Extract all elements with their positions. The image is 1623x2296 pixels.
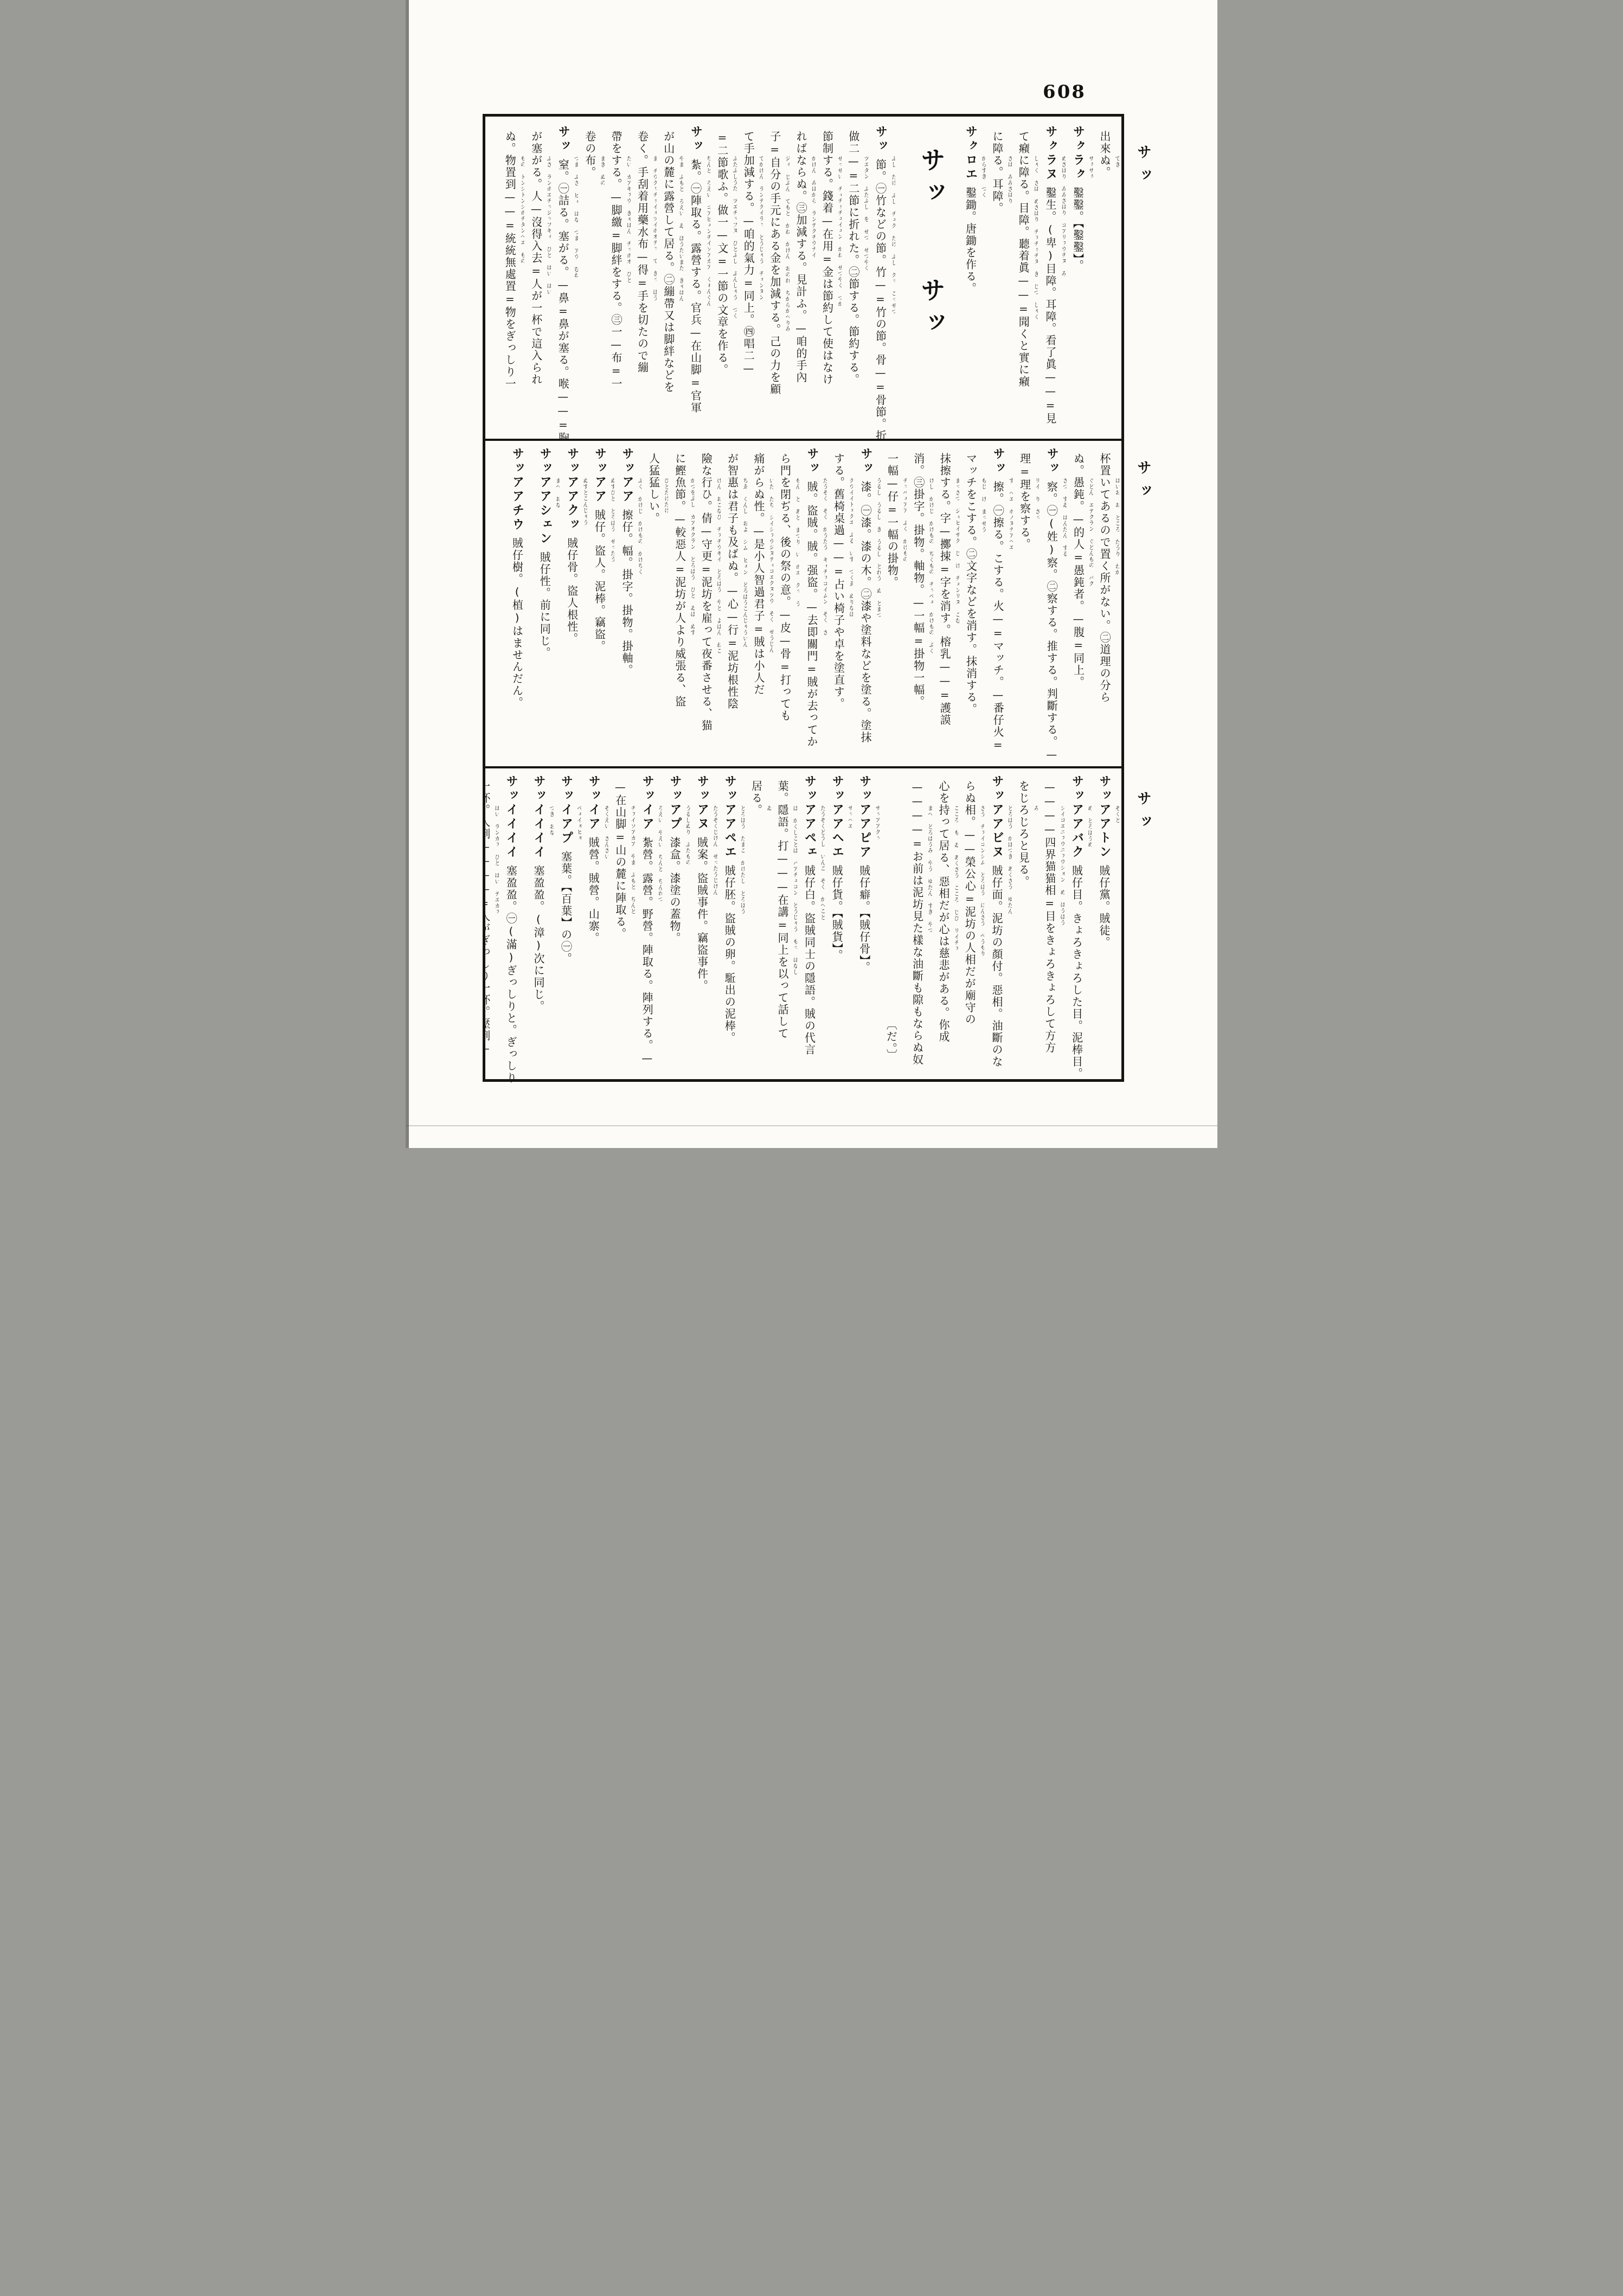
- text-column: 帶をする。—脚繳=脚絆をする。㊂一—布=一たい カアキァウ きゃはん チッポオ …: [610, 125, 622, 433]
- text-column: ればならぬ。㊂加減する。見計ふ。—咱的手內かげん みはから ランテクチウナイ: [795, 125, 807, 433]
- definition-text: 漆。㊀漆。漆の木。㊁漆や塗料などを塗る。塗抹: [859, 481, 872, 743]
- definition-text: マッチをこする。㊁文字などを消す。抹消する。: [965, 453, 978, 715]
- text-column: 〔だ。〕: [885, 775, 897, 1079]
- text-column: 居る。ゐ: [750, 775, 762, 1079]
- margin-tab-satsu-2: サッ: [1132, 460, 1153, 506]
- headword: サッ: [805, 447, 819, 476]
- definition-text: ————四界猫猫相=目をきょろきょろして方方: [1043, 780, 1056, 1054]
- furigana: びとたけだけ: [663, 478, 668, 514]
- definition-text: ぬ。愚鈍。—的人=愚鈍者。—腹=同上。: [1072, 453, 1085, 688]
- definition-text: 賊仔黨。賊徒。: [1098, 865, 1111, 948]
- headword: サッアアヘエ: [830, 775, 844, 860]
- furigana: チァイソアカア やま ふもと ぢんど: [630, 805, 635, 914]
- furigana: せっせい チィチョチェイェン かね せつやく つか: [836, 156, 842, 307]
- furigana: す ヘエ ホノヌナアヘエ: [1008, 478, 1013, 550]
- furigana: もじ け まっせう: [980, 478, 986, 533]
- definition-text: 居る。: [750, 780, 763, 816]
- text-column: ぬ。物置到——=統統無處置=物をぎっしり一もの トンシトンシボチタンヘエ もの: [504, 125, 516, 433]
- definition-text: 人猛猛しい。: [647, 453, 660, 524]
- definition-text: が智惠は君子も及ばぬ。—心—行=泥坊根性陰: [726, 453, 739, 710]
- entry-column: サㇰラヌ鑿生。(卑)目障。耳障。看了眞——=見めざはり みみざはり コアリァウチ…: [1043, 125, 1057, 433]
- headword: サッアアビヌ: [990, 775, 1004, 860]
- entry-column: サッアアペエ賊仔胚。盜賊の卵。駈出の泥棒。どろぼう たまご かけだし どろぼう: [723, 775, 736, 1079]
- text-column: 一幅—仔=一幅の掛物。チッペェアア ぷく かけもの: [886, 447, 898, 761]
- definition-text: 漆盒。漆塗の蓋物。: [668, 837, 681, 944]
- band-top: 出來ぬ。できサㇰラㇰ鑿鑿。【鑿鑿】。サㇰサㇰサㇰラヌ鑿生。(卑)目障。耳障。看了…: [485, 117, 1121, 439]
- furigana: まっさつ ジィヒイサク じ け チェンリヌ ごむ: [954, 478, 959, 624]
- furigana: ぐどん エテクラン ぐどんもの パク: [1088, 478, 1093, 587]
- definition-text: 塞盈盈。㊀(滿)ぎっしりと。ぎっしり: [504, 865, 517, 1084]
- text-column: が山の麓に露營して居る。㊁繃帶又は脚絆などをやま ふもと ろえい ゐ ほうたいま…: [662, 125, 674, 433]
- entry-column: サッアアバク賊仔目。きょろきょろした目。泥棒目。め どろぼうめ: [1070, 775, 1083, 1079]
- furigana: サㇰサㇰ: [1088, 156, 1093, 179]
- text-column: 節制する。錢着—在用=金は節約して使はなけせっせい チィチョチェイェン かね せ…: [821, 125, 833, 433]
- text-column: て癪に障る。目障。聽着眞——=聞くと實に癪しゃく さは めざはり チァチョチヌ …: [1017, 125, 1029, 433]
- furigana: ま チウクヮチョイォヅイポオテッ て きっ ほう: [651, 156, 657, 301]
- furigana: さは みみざはり: [1006, 156, 1012, 204]
- furigana: さう チァイコンシム どろばう にんさう べうもり: [979, 805, 984, 957]
- furigana: ば かくしことば パアチェコン どうじゃう もっ はなし: [792, 805, 797, 975]
- headword: サッイア: [640, 775, 654, 831]
- furigana: もん と あと まつり い ポエ クッ う: [794, 478, 799, 607]
- band-middle: 杯置いてあるので置く所がない。㊁道理の分らはいお お ところ だうり わかぬ。愚…: [485, 439, 1121, 766]
- definition-text: 賊營。賊營。山寨。: [587, 837, 600, 944]
- entry-column: サッ紮。㊀陣取る。露營する。官兵—在山脚=官軍ぢんど ろえい コアピェンチイソア…: [689, 125, 702, 433]
- headword: サッ: [556, 125, 570, 153]
- furigana: リイ り さっ: [1034, 478, 1040, 521]
- definition-text: 鑿鑿。【鑿鑿】。: [1072, 187, 1085, 272]
- entry-column: サㇰラㇰ鑿鑿。【鑿鑿】。サㇰサㇰ: [1071, 125, 1085, 433]
- furigana: つま ふさ ピィ はな つま アウ むね: [573, 156, 578, 278]
- furigana: けん おこなひ チァチウキイ どろばう やと よばん ねこ: [715, 478, 721, 654]
- text-column: 理=理を察する。リイ り さっ: [1018, 447, 1030, 761]
- page-frame: 出來ぬ。できサㇰラㇰ鑿鑿。【鑿鑿】。サㇰサㇰサㇰラヌ鑿生。(卑)目障。耳障。看了…: [483, 114, 1124, 1082]
- furigana: ぞくと: [1114, 805, 1119, 823]
- text-column: らぬ相。——榮公心=泥坊の人相だが廟守のさう チァイコンシム どろばう にんさう…: [964, 775, 976, 1079]
- headword: サㇰラヌ: [1044, 125, 1057, 182]
- text-column: 抹擦する。字—擲捒=字を消す。榕乳——=護謨まっさつ ジィヒイサク じ け チェ…: [939, 447, 951, 761]
- text-column: 葉。隱語。打———在講=同上を以って話してば かくしことば パアチェコン どうじ…: [777, 775, 788, 1079]
- furigana: サッアアクッ: [874, 805, 880, 841]
- headword: サッアアペエ: [723, 775, 736, 860]
- headword: サッ: [689, 125, 702, 153]
- text-column: マッチをこする。㊁文字などを消す。抹消する。もじ け まっせう: [965, 447, 977, 761]
- furigana: クウイイトォクエ ふる いす つくゑ ぬりなほ: [848, 478, 853, 617]
- definition-text: 卷く。手刮着用藥水布—得=手を切たので繃: [636, 131, 649, 374]
- furigana: ぞくえい さんさい: [603, 805, 608, 860]
- definition-text: らぬ相。——榮公心=泥坊の人相だが廟守の: [963, 780, 976, 1025]
- headword: サッ: [1045, 447, 1059, 476]
- text-column: て手加減する。—咱的氣力=同上。㊃唱二—てかげん ランテクイラッ どうじゃう チ…: [742, 125, 754, 433]
- furigana: でき: [1114, 156, 1119, 168]
- text-column: 卷く。手刮着用藥水布—得=手を切たので繃ま チウクヮチョイォヅイポオテッ て き…: [636, 125, 648, 433]
- definition-text: 節。㊀竹などの節。竹—=竹の節。骨—=骨節。折: [874, 159, 887, 439]
- definition-text: 鑿鋤。唐鋤を作る。: [964, 187, 977, 294]
- entry-column: サッアアピア賊仔癖。【賊仔骨】。サッアアクッ: [857, 775, 871, 1079]
- text-column: ら門を閉ぢる、後の祭の意。—皮—骨=打ってももん と あと まつり い ポエ ク…: [779, 447, 791, 761]
- text-column: 一杯。人到————=人がぎっしり一杯。壓到—はい ランカァ ひと はい テエカァ: [485, 775, 490, 1079]
- headword: サッアヌ: [696, 775, 709, 831]
- furigana: うるしぬり ふたもの: [684, 805, 690, 865]
- entry-column: サッイア紮營。露營。野營。陣取る。陣列する。—ろえい やえい ぢんど ぢんれつ: [640, 775, 654, 1079]
- text-column: に障る。耳障。さは みみざはり: [991, 125, 1003, 433]
- headword: サッアア: [593, 447, 606, 504]
- page-number: 608: [1043, 81, 1086, 103]
- definition-text: 一幅—仔=一幅の掛物。: [886, 453, 899, 588]
- headword: サッアアチウ: [511, 447, 524, 532]
- text-column: 卷の布。まき ぬの: [583, 125, 595, 433]
- definition-text: 窒。㊀詰る。塞がる。—鼻=鼻が塞る。喉——=胸: [556, 159, 569, 439]
- entry-column: サッ察。㊀(姓)察。㊁察する。推する。判斷する。—さつ すゐ はんだん する: [1045, 447, 1059, 761]
- definition-text: に障る。耳障。: [991, 131, 1004, 214]
- text-column: ぬ。愚鈍。—的人=愚鈍者。—腹=同上。ぐどん エテクラン ぐどんもの パク: [1072, 447, 1084, 761]
- margin-tab-satsu-3: サッ: [1132, 791, 1153, 837]
- furigana: やま ふもと ろえい ゐ ほうたいまた きゃはん: [678, 156, 683, 302]
- entry-column: サッイイイイ塞盈盈。(漳)次に同じ。つぎ おな: [531, 775, 545, 1079]
- headword: サッアア: [620, 447, 634, 504]
- definition-text: ればならぬ。㊂加減する。見計ふ。—咱的手內: [794, 131, 807, 383]
- furigana: たい カアキァウ きゃはん チッポオ ひと: [625, 156, 631, 283]
- definition-text: 帶をする。—脚繳=脚絆をする。㊂一—布=一: [610, 131, 623, 390]
- definition-text: 賊。盜賊。賊。强盜。—去即關門=賊が去ってか: [805, 481, 818, 748]
- definition-text: 賊仔。盜人。泥棒。竊盜。: [593, 509, 606, 652]
- furigana: ぬすびと どろばう せったう: [609, 478, 614, 562]
- definition-text: 擦仔。幅。掛字。掛物。掛軸。: [620, 509, 633, 676]
- entry-column: サッアヌ賊案。盜賊事件。竊盜事件。たうぞくじけん せったうじけん: [695, 775, 709, 1079]
- definition-text: ぬ。物置到——=統統無處置=物をぎっしり一: [503, 131, 516, 390]
- definition-text: 消。㊂掛字。掛物。軸物。—一幅=掛物一幅。: [912, 453, 925, 708]
- headword: サッイイイイ: [532, 775, 546, 860]
- definition-text: 賊仔樹。(植)はませんだん。: [511, 537, 524, 709]
- headword: サッ: [991, 447, 1005, 476]
- definition-text: 痛がらぬ性。—是小人智過君子=賊は小人だ: [752, 453, 765, 696]
- furigana: ろえい やえい ぢんど ぢんれつ: [657, 805, 662, 902]
- definition-text: 塞葉。【百葉】の㊀。: [560, 851, 573, 965]
- definition-text: 抹擦する。字—擲捒=字を消す。榕乳——=護謨: [938, 453, 951, 726]
- definition-text: 賊案。盜賊事件。竊盜事件。: [696, 837, 709, 992]
- entry-column: サッイア賊營。賊營。山寨。ぞくえい さんさい: [587, 775, 600, 1079]
- entry-column: サッアアトン賊仔黨。賊徒。ぞくと: [1097, 775, 1111, 1079]
- definition-text: 塞盈盈。(漳)次に同じ。: [532, 865, 545, 1012]
- text-column: をじろじろと見る。み: [1017, 775, 1029, 1079]
- headword: サッアアピア: [858, 775, 871, 860]
- furigana: ふく かけじ かけもの かけぢく: [637, 478, 642, 575]
- furigana: シイコエニァウニァウシォン め はうばう: [1059, 805, 1064, 926]
- text-column: が塞がる。人—沒得入去=人が一杯で這入られふさ ランボエチッジップキィ ひと は…: [530, 125, 542, 433]
- definition-text: が山の麓に露營して居る。㊁繃帶又は脚絆などを: [662, 131, 675, 393]
- definition-text: 賊仔目。きょろきょろした目。泥棒目。: [1070, 865, 1083, 1080]
- furigana: しゃく さは めざはり チァチョチヌ き じつ しゃく: [1032, 156, 1038, 320]
- text-column: する。舊椅桌過——=占い椅子や卓を塗直す。クウイイトォクエ ふる いす つくゑ …: [832, 447, 844, 761]
- furigana: けし かけじ かけもの ぢくもの チッペェ かけもの ぷく: [928, 478, 933, 654]
- entry-column: サッ節。㊀竹などの節。竹—=竹の節。骨—=骨節。折ふし たけ ふし チェク たけ…: [874, 125, 887, 433]
- furigana: ゐ: [766, 805, 771, 811]
- definition-text: する。舊椅桌過——=占い椅子や卓を塗直す。: [832, 453, 845, 710]
- furigana: たうぞくどうし いんご ぞく かへこと: [819, 805, 825, 920]
- furigana: チッペェアア ぷく かけもの: [901, 478, 907, 562]
- furigana: ぢんど ろえい コアピェンチイソアカア くゎんぐん: [705, 156, 710, 306]
- definition-text: 賊仔貨。【賊貨】。: [830, 865, 843, 961]
- definition-text: 紮營。露營。野營。陣取る。陣列する。—: [640, 837, 653, 1066]
- headword: サッ: [859, 447, 873, 476]
- definition-text: 鑿生。(卑)目障。耳障。看了眞——=見: [1044, 187, 1057, 425]
- text-column: 子=自分の手元にある金を加減する。己の力を顧ジィ じぶん てもと かね かげん …: [768, 125, 780, 433]
- furigana: てかげん ランテクイラッ どうじゃう チォンヌン: [758, 156, 763, 300]
- definition-text: をじろじろと見る。: [1017, 780, 1030, 888]
- headword: サッイア: [587, 775, 600, 831]
- furigana: はいお お ところ だうり わか: [1114, 478, 1119, 575]
- entry-column: サッアアペェ賊仔白。盜賊同士の隱語。賊の代言たうぞくどうし いんご ぞく かへこ…: [803, 775, 816, 1079]
- definition-text: 做二—=二節に折れた。㊁節する。節約する。: [847, 131, 860, 386]
- text-column: —在山脚=山の麓に陣取る。チァイソアカア やま ふもと ぢんど: [614, 775, 626, 1079]
- definition-text: 〔だ。〕: [884, 1019, 897, 1061]
- definition-text: 節制する。錢着—在用=金は節約して使はなけ: [820, 131, 833, 386]
- furigana: はい ランカァ ひと はい テエカァ: [493, 805, 499, 915]
- definition-text: が塞がる。人—沒得入去=人が一杯で這入られ: [530, 131, 543, 386]
- definition-text: 賊仔面。泥坊の顏付。惡相。油斷のな: [990, 865, 1003, 1068]
- definition-text: 賊仔癖。【賊仔骨】。: [858, 865, 871, 973]
- text-column: ————=お前は泥坊見た樣な油斷も隙もならぬ奴まへ どろばうみ やう ゆだん す…: [911, 775, 923, 1079]
- furigana: ふし たけ ふし チェク たけ ふし クッ こっせつ: [890, 156, 895, 315]
- definition-text: 紮。㊀陣取る。露營する。官兵—在山脚=官軍: [689, 159, 702, 414]
- furigana: ちゑ くんし およ シム ヒェン どろばうこんじゃういん: [742, 478, 747, 647]
- definition-text: 擦。㊀擦る。こする。火—=マッチ。—番仔火=: [991, 481, 1004, 752]
- headword: サッアアバク: [1070, 775, 1083, 860]
- furigana: たうぞく ぞく がうたう キィチァコイムン ぞく さ: [822, 478, 827, 636]
- text-column: 消。㊂掛字。掛物。軸物。—一幅=掛物一幅。けし かけじ かけもの ぢくもの チッ…: [912, 447, 924, 761]
- headword: サッイイイイ: [504, 775, 518, 860]
- text-column: 做二—=二節に折れた。㊁節する。節約する。ツエタン ふたふし を せつ せつやく: [847, 125, 859, 433]
- furigana: こころ も ゐ あくさう こころ じひ リイチァ: [953, 805, 958, 952]
- entry-column: サッアア擦仔。幅。掛字。掛物。掛軸。ふく かけじ かけもの かけぢく: [620, 447, 633, 761]
- entry-column: サッアア賊仔。盜人。泥棒。竊盜。ぬすびと どろばう せったう: [593, 447, 606, 761]
- furigana: み: [1032, 805, 1038, 811]
- headword: サッ: [874, 125, 887, 153]
- section-header-label: サッ サッ: [917, 147, 946, 342]
- dictionary-page-scan: 608 サッ サッ サッ 出來ぬ。できサㇰラㇰ鑿鑿。【鑿鑿】。サㇰサㇰサㇰラヌ鑿…: [406, 0, 1217, 1148]
- headword: サㇰロエ: [964, 125, 978, 182]
- definition-text: 一杯。人到————=人がぎっしり一杯。壓到—: [485, 780, 491, 1056]
- text-column: 險な行ひ。倩—守更=泥坊を雇って夜番させる、猫けん おこなひ チァチウキイ どろ…: [700, 447, 712, 761]
- band-bottom: サッアアトン賊仔黨。賊徒。ぞくとサッアアバク賊仔目。きょろきょろした目。泥棒目。…: [485, 766, 1121, 1085]
- definition-text: 賊仔胚。盜賊の卵。駈出の泥棒。: [723, 865, 736, 1044]
- entry-column: サッイイイイ塞盈盈。㊀(滿)ぎっしりと。ぎっしり: [504, 775, 518, 1079]
- entry-column: サッアアシェン賊仔性。前に同じ。まへ おな: [538, 447, 551, 761]
- text-column: =二節歌ふ。做一—文=一節の文章を作る。ふたふしうた ツエチッブヌ ひとふし ぶ…: [716, 125, 728, 433]
- definition-text: 賊仔骨。盜人根性。: [566, 537, 579, 645]
- definition-text: て手加減する。—咱的氣力=同上。㊃唱二—: [742, 131, 755, 376]
- furigana: まへ どろばうみ やう ゆだん すき やつ: [927, 805, 932, 933]
- definition-text: 察。㊀(姓)察。㊁察する。推する。判斷する。—: [1045, 481, 1058, 762]
- definition-text: ら門を閉ぢる、後の祭の意。—皮—骨=打っても: [778, 453, 791, 722]
- furigana: まき ぬの: [599, 156, 605, 186]
- furigana: ツエタン ふたふし を せつ せつやく: [863, 156, 868, 271]
- text-column: 杯置いてあるので置く所がない。㊁道理の分らはいお お ところ だうり わか: [1099, 447, 1111, 761]
- entry-column: サッアアビヌ賊仔面。泥坊の顏付。惡相。油斷のなどろばう かほつき あくさう ゆだ…: [990, 775, 1003, 1079]
- headword: サッアアトン: [1098, 775, 1111, 860]
- definition-text: 葉。隱語。打———在講=同上を以って話して: [776, 780, 789, 1040]
- definition-text: 心を持って居る、惡相だが心は慈悲がある。你成: [937, 780, 950, 1043]
- text-column: に鰹魚節。—較惡人=泥坊が人より威張る、盜かつをぶし カアオクラン どろばう ひ…: [673, 447, 685, 761]
- definition-text: 理=理を察する。: [1018, 453, 1031, 550]
- text-column: 痛がらぬ性。—是小人智過君子=賊は小人だいた たち シイシァウジヌティコエクヌツ…: [753, 447, 765, 761]
- furigana: ぬすとこんじゃう: [582, 478, 587, 525]
- furigana: もの トンシトンシボチタンヘエ もの: [519, 156, 524, 264]
- furigana: どろぼう たまご かけだし どろぼう: [739, 805, 745, 914]
- headword: サッアアペェ: [803, 775, 817, 860]
- text-column: 出來ぬ。でき: [1099, 125, 1111, 433]
- entry-column: サㇰロエ鑿鋤。唐鋤を作る。からすき つく: [964, 125, 977, 433]
- text-column: 人猛猛しい。びとたけだけ: [647, 447, 659, 761]
- definition-text: ————=お前は泥坊見た樣な油斷も隙もならぬ奴: [911, 780, 924, 1066]
- furigana: ふさ ランボエチッジップキィ ひと はい はい: [546, 156, 551, 295]
- entry-column: サッアアクッ賊仔骨。盜人根性。ぬすとこんじゃう: [565, 447, 579, 761]
- definition-text: に鰹魚節。—較惡人=泥坊が人より威張る、盜: [673, 453, 687, 708]
- definition-text: 子=自分の手元にある金を加減する。己の力を顧: [768, 131, 781, 395]
- definition-text: 杯置いてあるので置く所がない。㊁道理の分ら: [1098, 453, 1111, 703]
- headword: サッアプ: [668, 775, 682, 831]
- entry-column: サッアアチウ賊仔樹。(植)はませんだん。: [510, 447, 524, 761]
- furigana: め どろぼうめ: [1086, 805, 1092, 848]
- headword: サッアアクッ: [566, 447, 579, 532]
- furigana: いた たち シイシァウジヌティコエクヌツウ ぞく せうじん: [768, 478, 773, 653]
- margin-tab-satsu-1: サッ: [1132, 144, 1153, 191]
- furigana: ペェイォヒォ: [576, 805, 581, 841]
- furigana: つぎ おな: [548, 805, 554, 836]
- furigana: うるし うるし き うるし とれう ぬ とまつ: [875, 478, 881, 618]
- section-header-column: サッ サッ: [917, 125, 945, 433]
- entry-column: サッ賊。盜賊。賊。强盜。—去即關門=賊が去ってかたうぞく ぞく がうたう キィチ…: [805, 447, 818, 761]
- headword: サッアアシェン: [538, 447, 551, 546]
- definition-text: て癪に障る。目障。聽着眞——=聞くと實に癪: [1017, 131, 1030, 388]
- furigana: どろばう かほつき あくさう ゆだん: [1006, 805, 1012, 914]
- entry-column: サッアプ漆盒。漆塗の蓋物。うるしぬり ふたもの: [668, 775, 681, 1079]
- furigana: ジィ じぶん てもと かね かげん おのれ ちからかへりみ: [784, 156, 790, 332]
- entry-column: サッ漆。㊀漆。漆の木。㊁漆や塗料などを塗る。塗抹うるし うるし き うるし とれ…: [858, 447, 872, 761]
- entry-column: サッ窒。㊀詰る。塞がる。—鼻=鼻が塞る。喉——=胸つま ふさ ピィ はな つま …: [556, 125, 570, 433]
- furigana: まへ おな: [554, 478, 560, 508]
- furigana: からすき つく: [980, 156, 986, 198]
- furigana: ふたふしうた ツエチッブヌ ひとふし ぶんしゃう つく: [732, 156, 737, 319]
- furigana: さつ すゐ はんだん する: [1061, 478, 1067, 557]
- definition-text: =二節歌ふ。做一—文=一節の文章を作る。: [716, 131, 729, 376]
- definition-text: 賊仔性。前に同じ。: [538, 551, 551, 659]
- furigana: サッヘエ: [846, 805, 852, 829]
- furigana: かげん みはから ランテクチウナイ: [810, 156, 816, 258]
- text-column: ————四界猫猫相=目をきょろきょろして方方シイコエニァウニァウシォン め はう…: [1043, 775, 1055, 1079]
- furigana: たうぞくじけん せったうじけん: [712, 805, 717, 895]
- text-column: 心を持って居る、惡相だが心は慈悲がある。你成こころ も ゐ あくさう こころ じ…: [938, 775, 950, 1079]
- text-column: が智惠は君子も及ばぬ。—心—行=泥坊根性陰ちゑ くんし およ シム ヒェン どろ…: [726, 447, 738, 761]
- furigana: かつをぶし カアオクラン どろばう ひと ゐば ぬす: [689, 478, 695, 636]
- definition-text: 卷の布。: [583, 131, 596, 178]
- headword: サㇰラㇰ: [1072, 125, 1085, 182]
- entry-column: サッアアヘエ賊仔貨。【賊貨】。サッヘエ: [830, 775, 844, 1079]
- definition-text: 出來ぬ。: [1098, 131, 1111, 178]
- furigana: めざはり みみざはり コアリァウチヌ み: [1060, 156, 1066, 277]
- headword: サッイアプ: [560, 775, 573, 845]
- definition-text: 賊仔白。盜賊同士の隱語。賊の代言: [803, 865, 816, 1056]
- definition-text: —在山脚=山の麓に陣取る。: [614, 780, 627, 940]
- entry-column: サッイアプ塞葉。【百葉】の㊀。ペェイォヒォ: [559, 775, 573, 1079]
- entry-column: サッ擦。㊀擦る。こする。火—=マッチ。—番仔火=す ヘエ ホノヌナアヘエ: [991, 447, 1005, 761]
- definition-text: 險な行ひ。倩—守更=泥坊を雇って夜番させる、猫: [700, 453, 713, 732]
